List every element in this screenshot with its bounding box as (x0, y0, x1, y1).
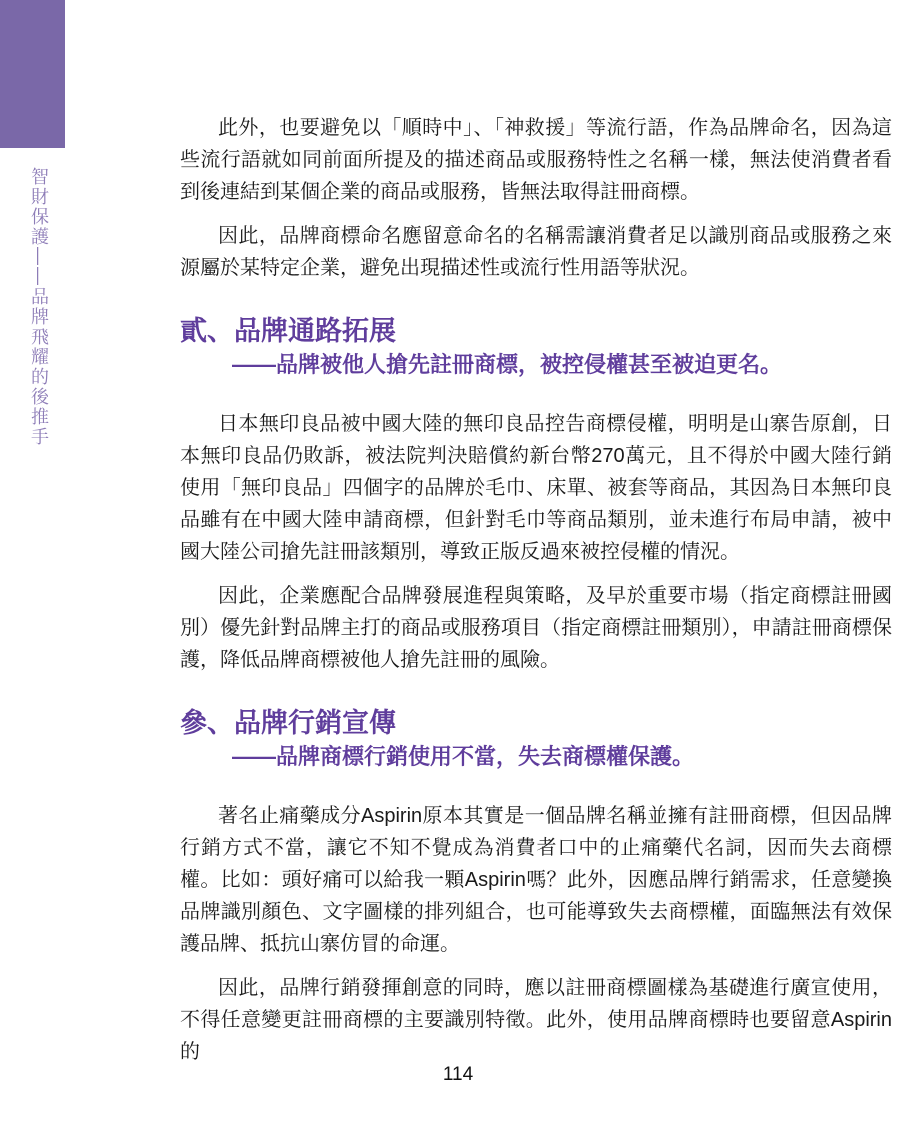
section-subtitle-brand-channel: ——品牌被他人搶先註冊商標，被控侵權甚至被迫更名。 (180, 352, 892, 378)
section-brand-channel-paragraph-2: 因此，企業應配合品牌發展進程與策略，及早於重要市場（指定商標註冊國別）優先針對品… (180, 580, 892, 676)
page-number: 114 (0, 1064, 916, 1086)
section-brand-channel-paragraph-1: 日本無印良品被中國大陸的無印良品控告商標侵權，明明是山寨告原創，日本無印良品仍敗… (180, 408, 892, 568)
section-heading-brand-channel: 貳、品牌通路拓展 (180, 316, 892, 346)
chapter-color-block (0, 0, 65, 148)
section-brand-marketing-paragraph-1: 著名止痛藥成分Aspirin原本其實是一個品牌名稱並擁有註冊商標，但因品牌行銷方… (180, 800, 892, 960)
intro-paragraph-2: 因此，品牌商標命名應留意命名的名稱需讓消費者足以識別商品或服務之來源屬於某特定企… (180, 220, 892, 284)
page-content: 此外，也要避免以「順時中」、「神救援」等流行語，作為品牌命名，因為這些流行語就如… (180, 112, 892, 1080)
book-page: 智財保護——品牌飛耀的後推手 此外，也要避免以「順時中」、「神救援」等流行語，作… (0, 0, 916, 1139)
section-brand-marketing-paragraph-2: 因此，品牌行銷發揮創意的同時，應以註冊商標圖樣為基礎進行廣宣使用，不得任意變更註… (180, 972, 892, 1068)
section-subtitle-brand-marketing: ——品牌商標行銷使用不當，失去商標權保護。 (180, 744, 892, 770)
intro-paragraph-1: 此外，也要避免以「順時中」、「神救援」等流行語，作為品牌命名，因為這些流行語就如… (180, 112, 892, 208)
section-heading-brand-marketing: 參、品牌行銷宣傳 (180, 708, 892, 738)
chapter-vertical-title: 智財保護——品牌飛耀的後推手 (26, 167, 52, 447)
